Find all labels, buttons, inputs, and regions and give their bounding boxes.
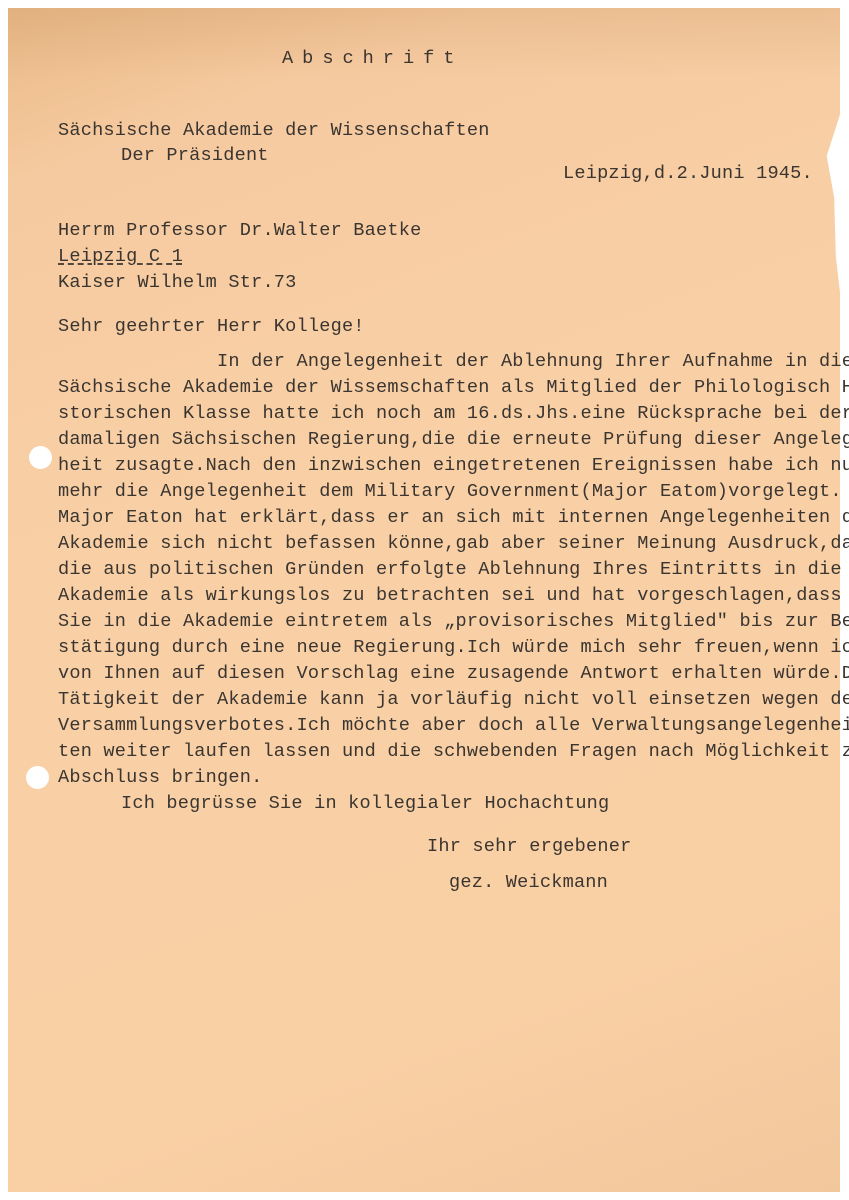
closing: Ich begrüsse Sie in kollegialer Hochacht…	[121, 795, 609, 814]
salutation: Sehr geehrter Herr Kollege!	[58, 318, 365, 337]
sender-role: Der Präsident	[121, 147, 269, 166]
recipient-name: Herrm Professor Dr.Walter Baetke	[58, 222, 421, 241]
place-date: Leipzig,d.2.Juni 1945.	[563, 165, 813, 184]
punch-hole	[29, 446, 52, 469]
recipient-street: Kaiser Wilhelm Str.73	[58, 274, 297, 293]
body-line: storischen Klasse hatte ich noch am 16.d…	[58, 405, 849, 424]
body-line: damaligen Sächsischen Regierung,die die …	[58, 431, 849, 450]
body-line: Akademie sich nicht befassen könne,gab a…	[58, 535, 849, 554]
body-line: Sie in die Akademie eintretem als „provi…	[58, 613, 849, 632]
body-line: Abschluss bringen.	[58, 769, 262, 788]
valediction: Ihr sehr ergebener	[427, 838, 631, 857]
body-line: mehr die Angelegenheit dem Military Gove…	[58, 483, 842, 502]
body-line: In der Angelegenheit der Ablehnung Ihrer…	[217, 353, 849, 372]
punch-hole	[26, 766, 49, 789]
document-title: Abschrift	[282, 50, 463, 69]
body-line: heit zusagte.Nach den inzwischen eingetr…	[58, 457, 849, 476]
body-line: Major Eaton hat erklärt,dass er an sich …	[58, 509, 849, 528]
body-line: Akademie als wirkungslos zu betrachten s…	[58, 587, 842, 606]
body-line: die aus politischen Gründen erfolgte Abl…	[58, 561, 842, 580]
body-line: Tätigkeit der Akademie kann ja vorläufig…	[58, 691, 849, 710]
body-line: ten weiter laufen lassen und die schwebe…	[58, 743, 849, 762]
recipient-city: Leipzig C 1	[58, 248, 183, 267]
body-line: Versammlungsverbotes.Ich möchte aber doc…	[58, 717, 849, 736]
body-line: stätigung durch eine neue Regierung.Ich …	[58, 639, 849, 658]
signature: gez. Weickmann	[449, 874, 608, 893]
body-line: Sächsische Akademie der Wissemschaften a…	[58, 379, 849, 398]
body-line: von Ihnen auf diesen Vorschlag eine zusa…	[58, 665, 849, 684]
sender-institution: Sächsische Akademie der Wissenschaften	[58, 122, 490, 141]
